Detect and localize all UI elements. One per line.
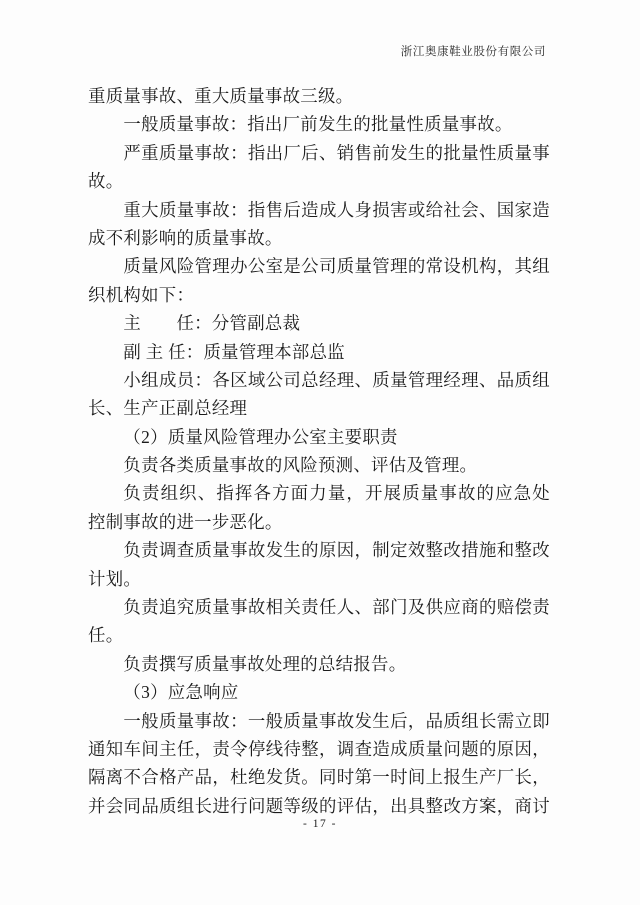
text-line: 负责撰写质量事故处理的总结报告。 [88,650,550,678]
text-line: （2）质量风险管理办公室主要职责 [88,423,550,451]
text-line: 负责组织、指挥各方面力量，开展质量事故的应急处理， [88,479,550,507]
company-header: 浙江奥康鞋业股份有限公司 [88,45,546,60]
page-number: - 17 - [0,818,640,830]
text-line: 质量风险管理办公室是公司质量管理的常设机构，其组 [88,252,550,280]
document-page: 浙江奥康鞋业股份有限公司 重质量事故、重大质量事故三级。 一般质量事故：指出厂前… [0,0,640,905]
text-line: 一般质量事故：一般质量事故发生后，品质组长需立即 [88,707,550,735]
text-line: 任。 [88,621,550,649]
text-line: 负责追究质量事故相关责任人、部门及供应商的赔偿责 [88,593,550,621]
text-line: 负责调查质量事故发生的原因，制定效整改措施和整改 [88,536,550,564]
text-line: 控制事故的进一步恶化。 [88,508,550,536]
text-line: 一般质量事故：指出厂前发生的批量性质量事故。 [88,110,550,138]
text-line: 隔离不合格产品，杜绝发货。同时第一时间上报生产厂长， [88,763,550,791]
text-line: 通知车间主任，责令停线待整，调查造成质量问题的原因， [88,735,550,763]
text-line: 重大质量事故：指售后造成人身损害或给社会、国家造 [88,196,550,224]
text-line: 小组成员：各区域公司总经理、质量管理经理、品质组 [88,366,550,394]
text-line: 织机构如下： [88,281,550,309]
text-line: （3）应急响应 [88,678,550,706]
text-line: 负责各类质量事故的风险预测、评估及管理。 [88,451,550,479]
text-line: 成不利影响的质量事故。 [88,224,550,252]
text-line: 计划。 [88,565,550,593]
text-line: 长、生产正副总经理 [88,394,550,422]
text-line: 主 任：分管副总裁 [88,309,550,337]
text-line: 并会同品质组长进行问题等级的评估，出具整改方案，商讨 [88,792,550,820]
text-line: 故。 [88,167,550,195]
text-line: 重质量事故、重大质量事故三级。 [88,82,550,110]
text-line: 副 主 任：质量管理本部总监 [88,338,550,366]
document-body: 重质量事故、重大质量事故三级。 一般质量事故：指出厂前发生的批量性质量事故。 严… [88,82,550,820]
text-line: 严重质量事故：指出厂后、销售前发生的批量性质量事 [88,139,550,167]
